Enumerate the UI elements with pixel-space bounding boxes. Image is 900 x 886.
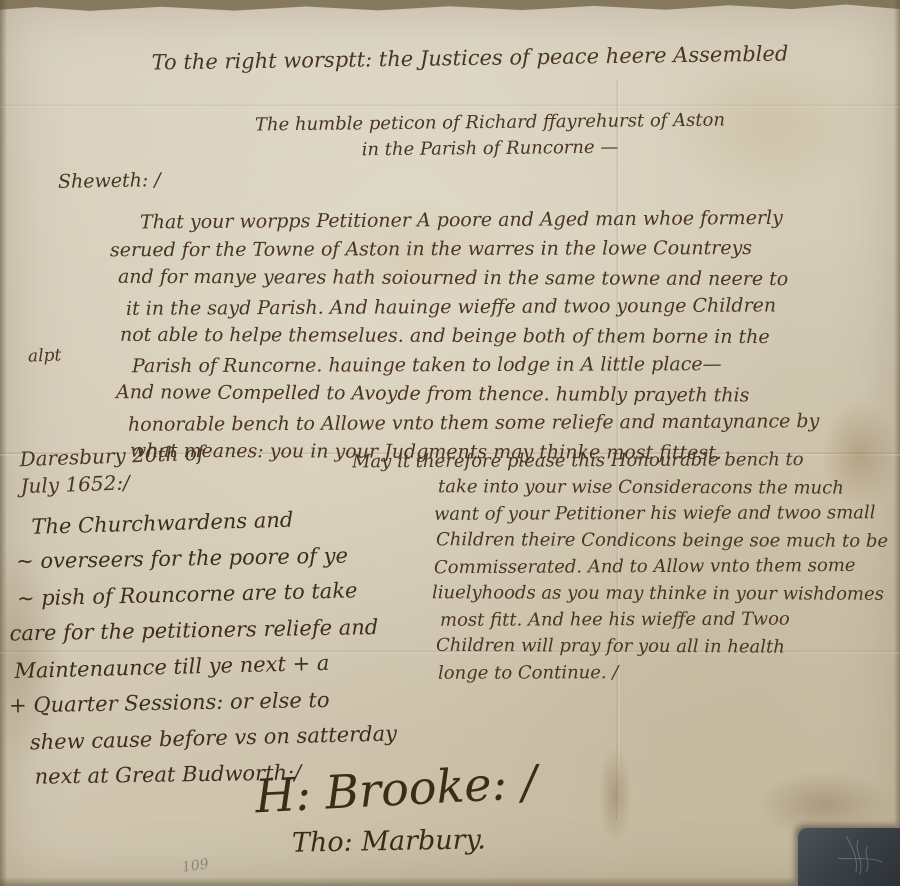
- document-heading: To the right worsptt: the Justices of pe…: [150, 42, 790, 75]
- prayer-line: Children theire Condicons beinge soe muc…: [436, 527, 888, 555]
- paper-bottom-edge: [0, 877, 900, 886]
- fold-crease: [0, 104, 900, 108]
- paper-left-edge: [0, 0, 7, 886]
- body-line: And nowe Compelled to Avoyde from thence…: [116, 378, 819, 411]
- dateline-line2: July 1652:/: [20, 468, 205, 498]
- photography-weight: [798, 828, 900, 886]
- body-line: serued for the Towne of Aston in the war…: [110, 234, 819, 265]
- prayer-line: want of your Petitioner his wiefe and tw…: [434, 500, 888, 528]
- prayer-line: Children will pray for you all in health: [436, 632, 888, 661]
- body-line: Parish of Runcorne. hauinge taken to lod…: [132, 350, 819, 381]
- prayer-line: take into your wise Consideracons the mu…: [438, 474, 888, 502]
- petition-title-line2: in the Parish of Runcorne —: [230, 135, 750, 161]
- paper-right-edge: [894, 0, 900, 886]
- prayer-line: May it therefore please this Honourable …: [352, 447, 888, 476]
- magistrates-order: The Churchwardens and ~ overseers for th…: [15, 500, 398, 796]
- prayer-line: Commisserated. And to Allow vnto them so…: [434, 553, 888, 582]
- body-line: it in the sayd Parish. And hauinge wieff…: [126, 291, 819, 324]
- petition-body: That your worpps Petitioner A poore and …: [108, 206, 819, 467]
- scratch-marks: [798, 828, 900, 886]
- sheweth-label: Sheweth: /: [58, 169, 161, 193]
- body-line: honorable bench to Allowe vnto them some…: [128, 407, 819, 440]
- body-line: That your worpps Petitioner A poore and …: [140, 204, 819, 238]
- paper-stain: [598, 745, 632, 845]
- dateline-line1: Daresbury 20th of: [19, 441, 204, 471]
- prayer-line: liuelyhoods as you may thinke in your wi…: [432, 580, 888, 608]
- manuscript-scan: To the right worsptt: the Justices of pe…: [0, 0, 900, 886]
- prayer-line: most fitt. And hee his wieffe and Twoo: [440, 606, 888, 634]
- signature-marbury: Tho: Marbury.: [292, 824, 486, 858]
- folio-number: 109: [181, 856, 210, 876]
- dateline: Daresbury 20th of July 1652:/: [19, 441, 205, 498]
- petition-prayer: May it therefore please this Honourable …: [352, 448, 888, 687]
- prayer-line: longe to Continue. /: [438, 659, 888, 687]
- torn-top-edge: [0, 0, 900, 13]
- body-line: and for manye yeares hath soiourned in t…: [118, 263, 819, 294]
- margin-note: alpt: [28, 345, 62, 366]
- body-line: not able to helpe themselues. and beinge…: [120, 321, 819, 352]
- petition-title-line1: The humble peticon of Richard ffayrehurs…: [230, 109, 750, 135]
